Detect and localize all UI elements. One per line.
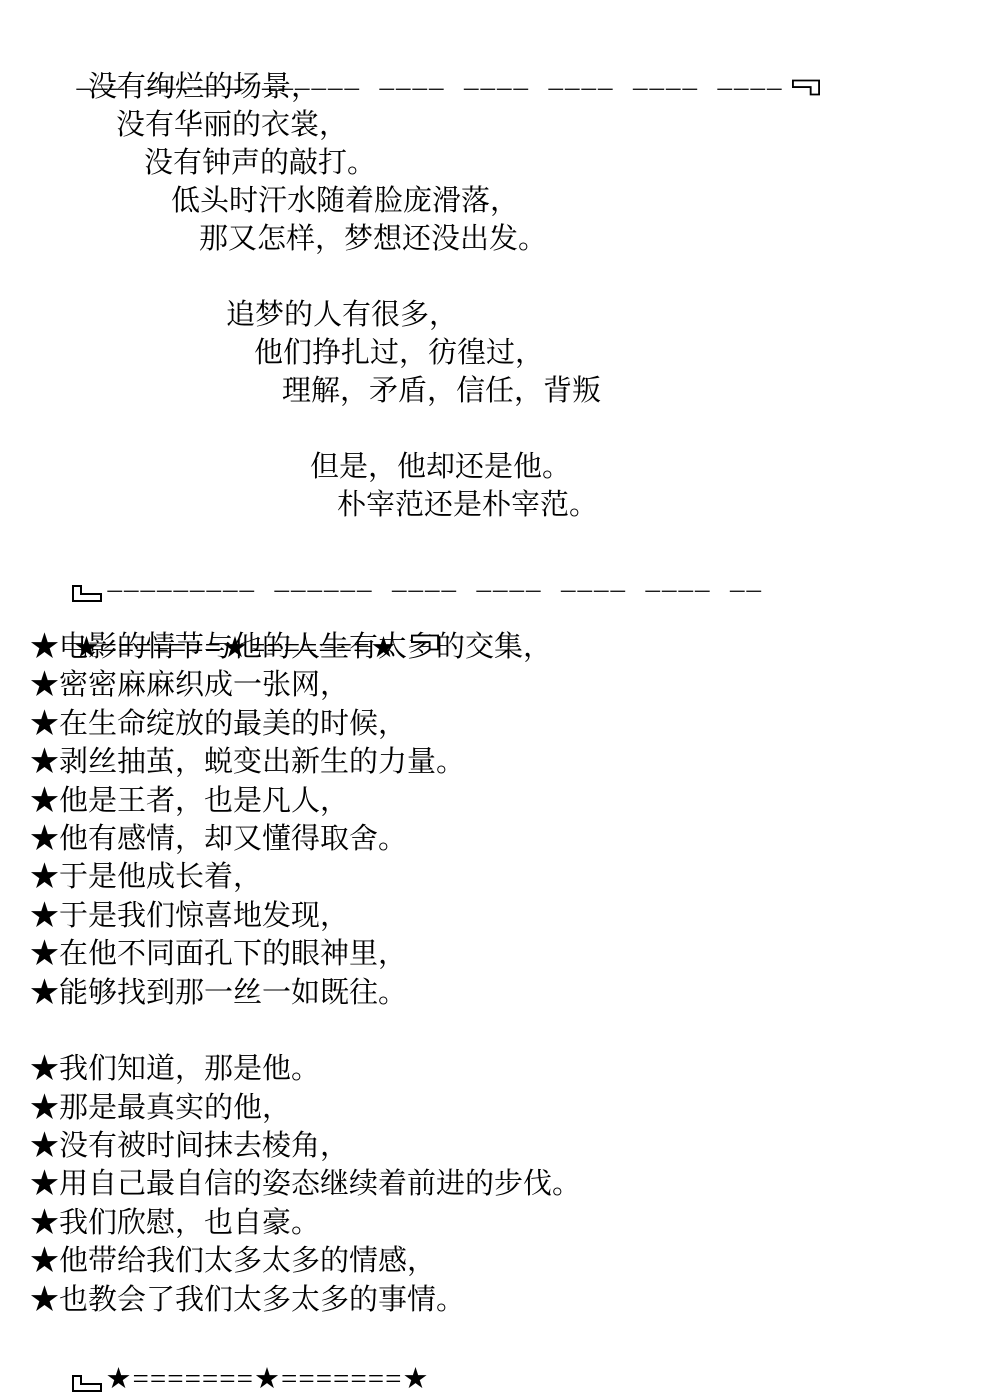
star-list-item: ★能够找到那一丝一如既往。 (30, 974, 1000, 1012)
poem-line: 朴宰范还是朴宰范。 (337, 486, 1000, 524)
star-list-item: ★我们知道，那是他。 (30, 1050, 1000, 1088)
star-list-item: ★密密麻麻织成一张网， (30, 666, 1000, 704)
poem-top-border: ––– –––––– –––––– –––– –––– –––– –––– ––… (33, 30, 1000, 68)
poem-line: 但是，他却还是他。 (310, 448, 1000, 486)
poem-section: ––– –––––– –––––– –––– –––– –––– –––– ––… (0, 0, 1000, 570)
star-section: ★=======★=======★ ★电影的情节与他的人生有太多的交集， ★密密… (0, 588, 1000, 1359)
poem-blank-line (0, 258, 1000, 296)
star-list-item: ★他有感情，却又懂得取舍。 (30, 820, 1000, 858)
star-list-item: ★在生命绽放的最美的时候， (30, 705, 1000, 743)
star-list-item: ★剥丝抽茧，蜕变出新生的力量。 (30, 743, 1000, 781)
star-list-item: ★我们欣慰，也自豪。 (30, 1204, 1000, 1242)
star-border-line: ★=======★=======★ (106, 1363, 430, 1395)
poem-line: 追梦的人有很多， (226, 296, 1000, 334)
corner-bracket-bottom-left-icon (72, 1363, 102, 1400)
corner-bracket-top-right-icon (792, 68, 820, 106)
star-list-item: ★他是王者，也是凡人， (30, 782, 1000, 820)
document-page: ––– –––––– –––––– –––– –––– –––– –––– ––… (0, 0, 1000, 1400)
poem-bottom-border: ––––––––– –––––– –––– –––– –––– –––– –– (28, 532, 1000, 570)
poem-blank-line (0, 410, 1000, 448)
dash-border-line: ––––––––– –––––– –––– –––– –––– –––– –– (108, 573, 764, 605)
corner-bracket-bottom-left-icon (72, 574, 102, 612)
star-list-item: ★电影的情节与他的人生有太多的交集， (30, 628, 1000, 666)
star-list-item: ★没有被时间抹去棱角， (30, 1127, 1000, 1165)
star-list-item: ★他带给我们太多太多的情感， (30, 1242, 1000, 1280)
star-blank-line (30, 1012, 1000, 1050)
star-bottom-border: ★=======★=======★ (28, 1319, 1000, 1359)
star-list-item: ★也教会了我们太多太多的事情。 (30, 1281, 1000, 1319)
poem-line: 没有华丽的衣裳， (116, 106, 1000, 144)
corner-bracket-top-right-icon (411, 622, 439, 662)
star-list-item: ★于是他成长着， (30, 858, 1000, 896)
poem-line: 理解，矛盾，信任，背叛 (282, 372, 1000, 410)
poem-line: 那又怎样，梦想还没出发。 (199, 220, 1000, 258)
poem-line: 没有钟声的敲打。 (144, 144, 1000, 182)
star-list-item: ★于是我们惊喜地发现， (30, 897, 1000, 935)
star-list-item: ★用自己最自信的姿态继续着前进的步伐。 (30, 1165, 1000, 1203)
poem-line: 他们挣扎过，彷徨过， (254, 334, 1000, 372)
star-list-item: ★在他不同面孔下的眼神里， (30, 935, 1000, 973)
star-list-item: ★那是最真实的他， (30, 1089, 1000, 1127)
poem-line: 低头时汗水随着脸庞滑落， (171, 182, 1000, 220)
